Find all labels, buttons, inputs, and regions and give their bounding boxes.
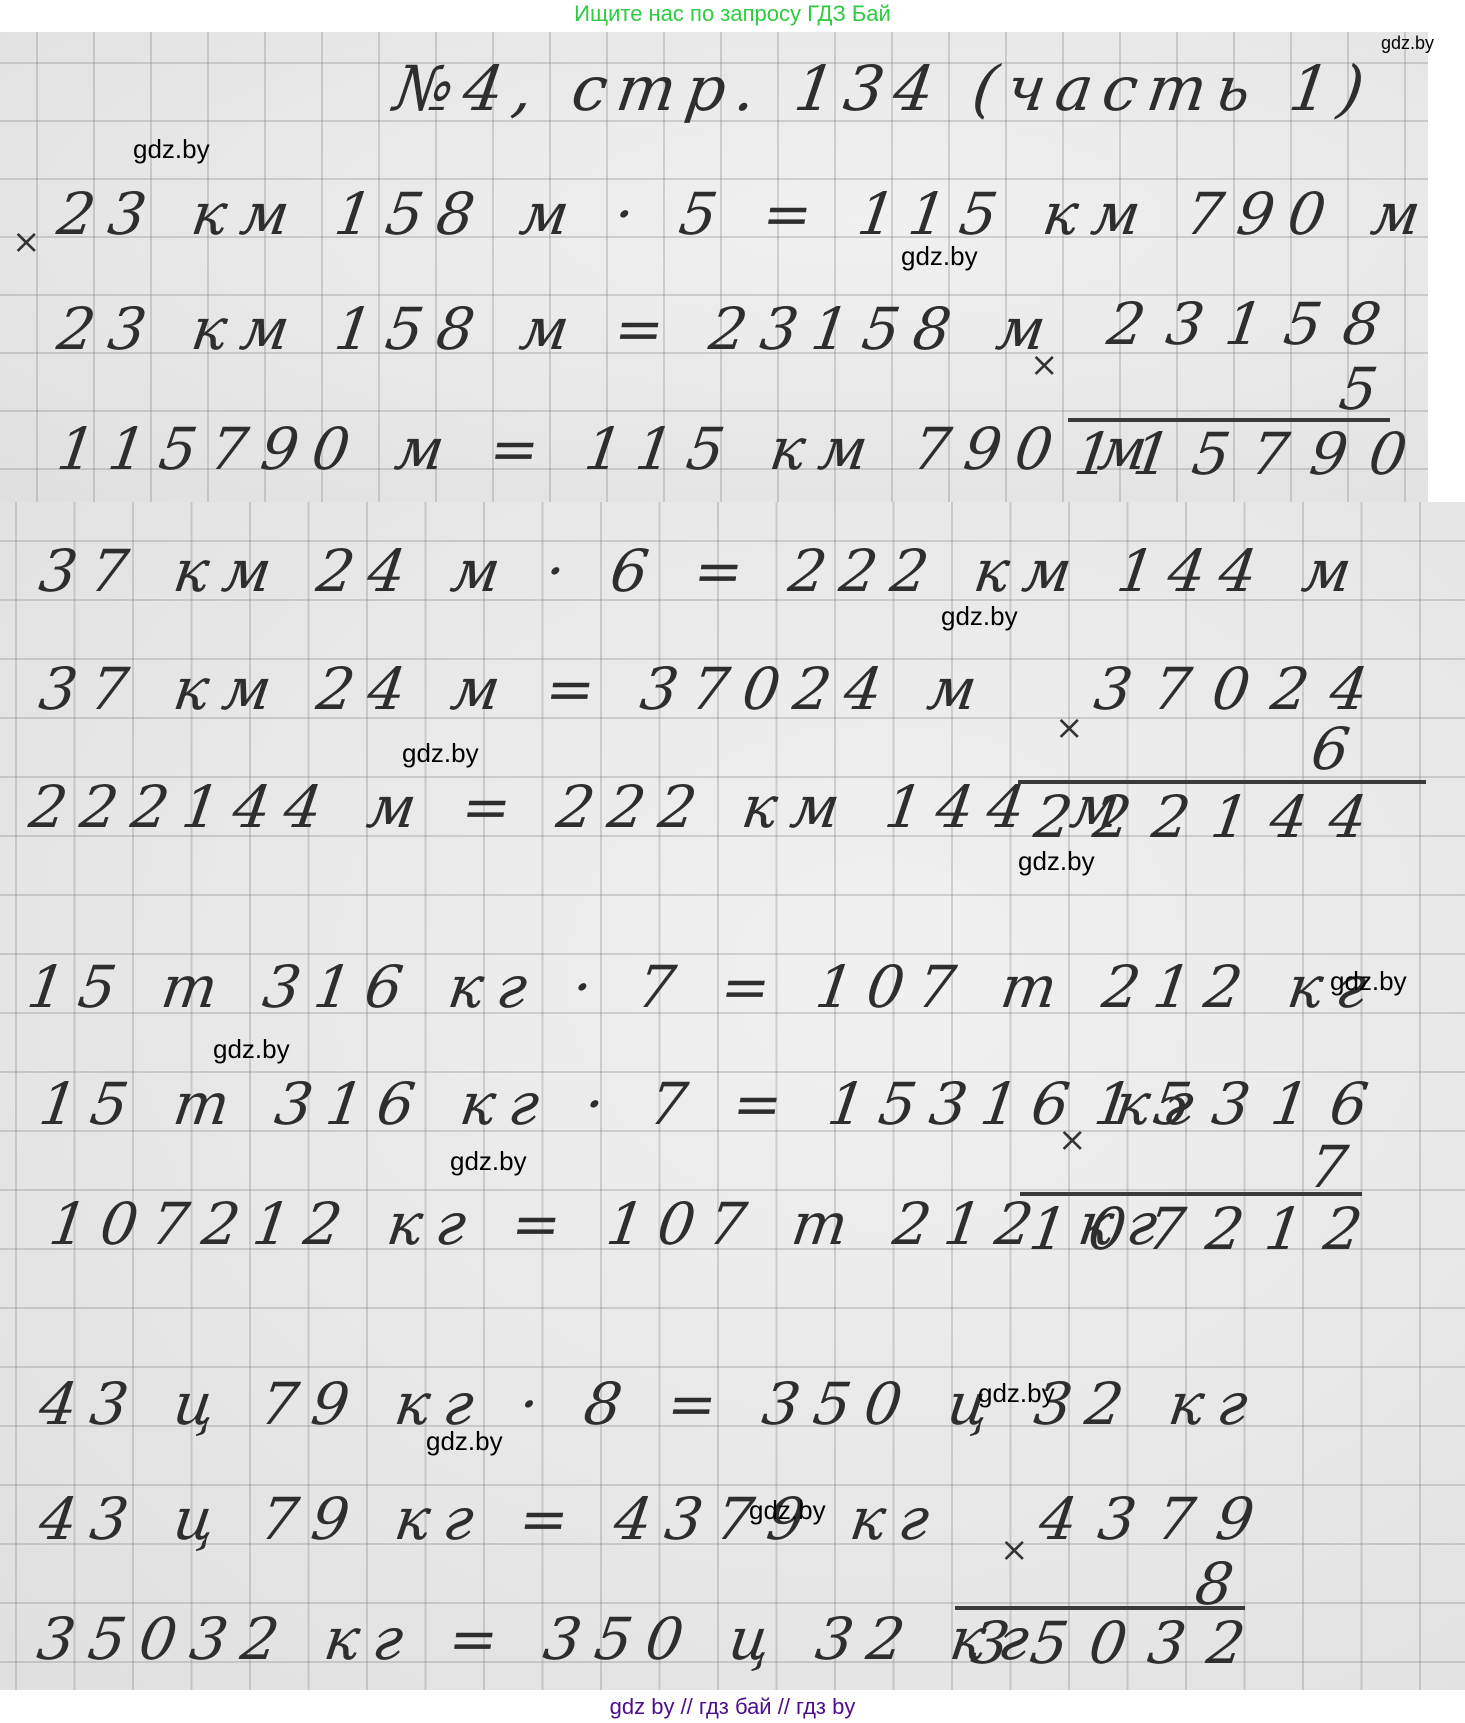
watermark: gdz.by [749, 1497, 826, 1523]
watermark: gdz.by [1018, 848, 1095, 874]
watermark: gdz.by [1381, 34, 1434, 52]
problem-3-result: 107212 кг = 107 т 212 кг [46, 1195, 1175, 1253]
problem-3-equation: 15 т 316 кг · 7 = 107 т 212 кг [24, 958, 1384, 1016]
problem-2-multiplicand: 37024 [1091, 660, 1394, 718]
problem-1-product: 115790 [1071, 425, 1433, 483]
problem-2-product: 222144 [1031, 788, 1393, 846]
watermark: gdz.by [1330, 968, 1407, 994]
problem-1-result: 115790 м = 115 км 790 м [54, 420, 1165, 478]
problem-4-equation: 43 ц 79 кг · 8 = 350 ц 32 кг [36, 1375, 1265, 1433]
column-multiply-sign-icon: × [1000, 1530, 1029, 1570]
problem-3-conversion: 15 т 316 кг · 7 = 15316 кг [36, 1075, 1211, 1133]
problem-1-multiplier: 5 [1336, 360, 1403, 418]
problem-1-conversion: 23 км 158 м = 23158 м [54, 300, 1063, 358]
top-banner: Ищите нас по запросу ГДЗ Бай [0, 0, 1465, 32]
watermark: gdz.by [402, 740, 479, 766]
column-multiply-sign-icon: × [1058, 1120, 1087, 1160]
problem-3-product: 107212 [1026, 1200, 1388, 1258]
watermark: gdz.by [978, 1380, 1055, 1406]
problem-2-conversion: 37 км 24 м = 37024 м [36, 660, 994, 718]
column-multiply-sign-icon: × [1030, 345, 1059, 385]
watermark: gdz.by [133, 136, 210, 162]
watermark: gdz.by [426, 1428, 503, 1454]
problem-4-result: 35032 кг = 350 ц 32 кг [34, 1610, 1047, 1668]
problem-2-result: 222144 м = 222 км 144 м [26, 778, 1137, 836]
watermark: gdz.by [901, 243, 978, 269]
problem-4-multiplicand: 4379 [1036, 1490, 1280, 1548]
column-multiply-sign-icon: × [1055, 708, 1084, 748]
bottom-banner: gdz by // гдз бай // гдз by [0, 1690, 1465, 1723]
problem-1-equation: 23 км 158 м · 5 = 115 км 790 м [54, 185, 1438, 243]
problem-3-multiplicand: 15316 [1091, 1075, 1394, 1133]
problem-4-multiplier: 8 [1192, 1555, 1259, 1613]
problem-3-multiplier: 7 [1306, 1138, 1373, 1196]
problem-4-product: 35032 [968, 1614, 1271, 1672]
watermark: gdz.by [450, 1148, 527, 1174]
watermark: gdz.by [941, 603, 1018, 629]
problem-2-equation: 37 км 24 м · 6 = 222 км 144 м [36, 542, 1369, 600]
watermark: gdz.by [213, 1036, 290, 1062]
page-title: №4, стр. 134 (часть 1) [391, 58, 1378, 120]
multiply-sign-icon: × [12, 222, 41, 262]
problem-1-multiplicand: 23158 [1104, 295, 1407, 353]
problem-2-multiplier: 6 [1308, 720, 1375, 778]
